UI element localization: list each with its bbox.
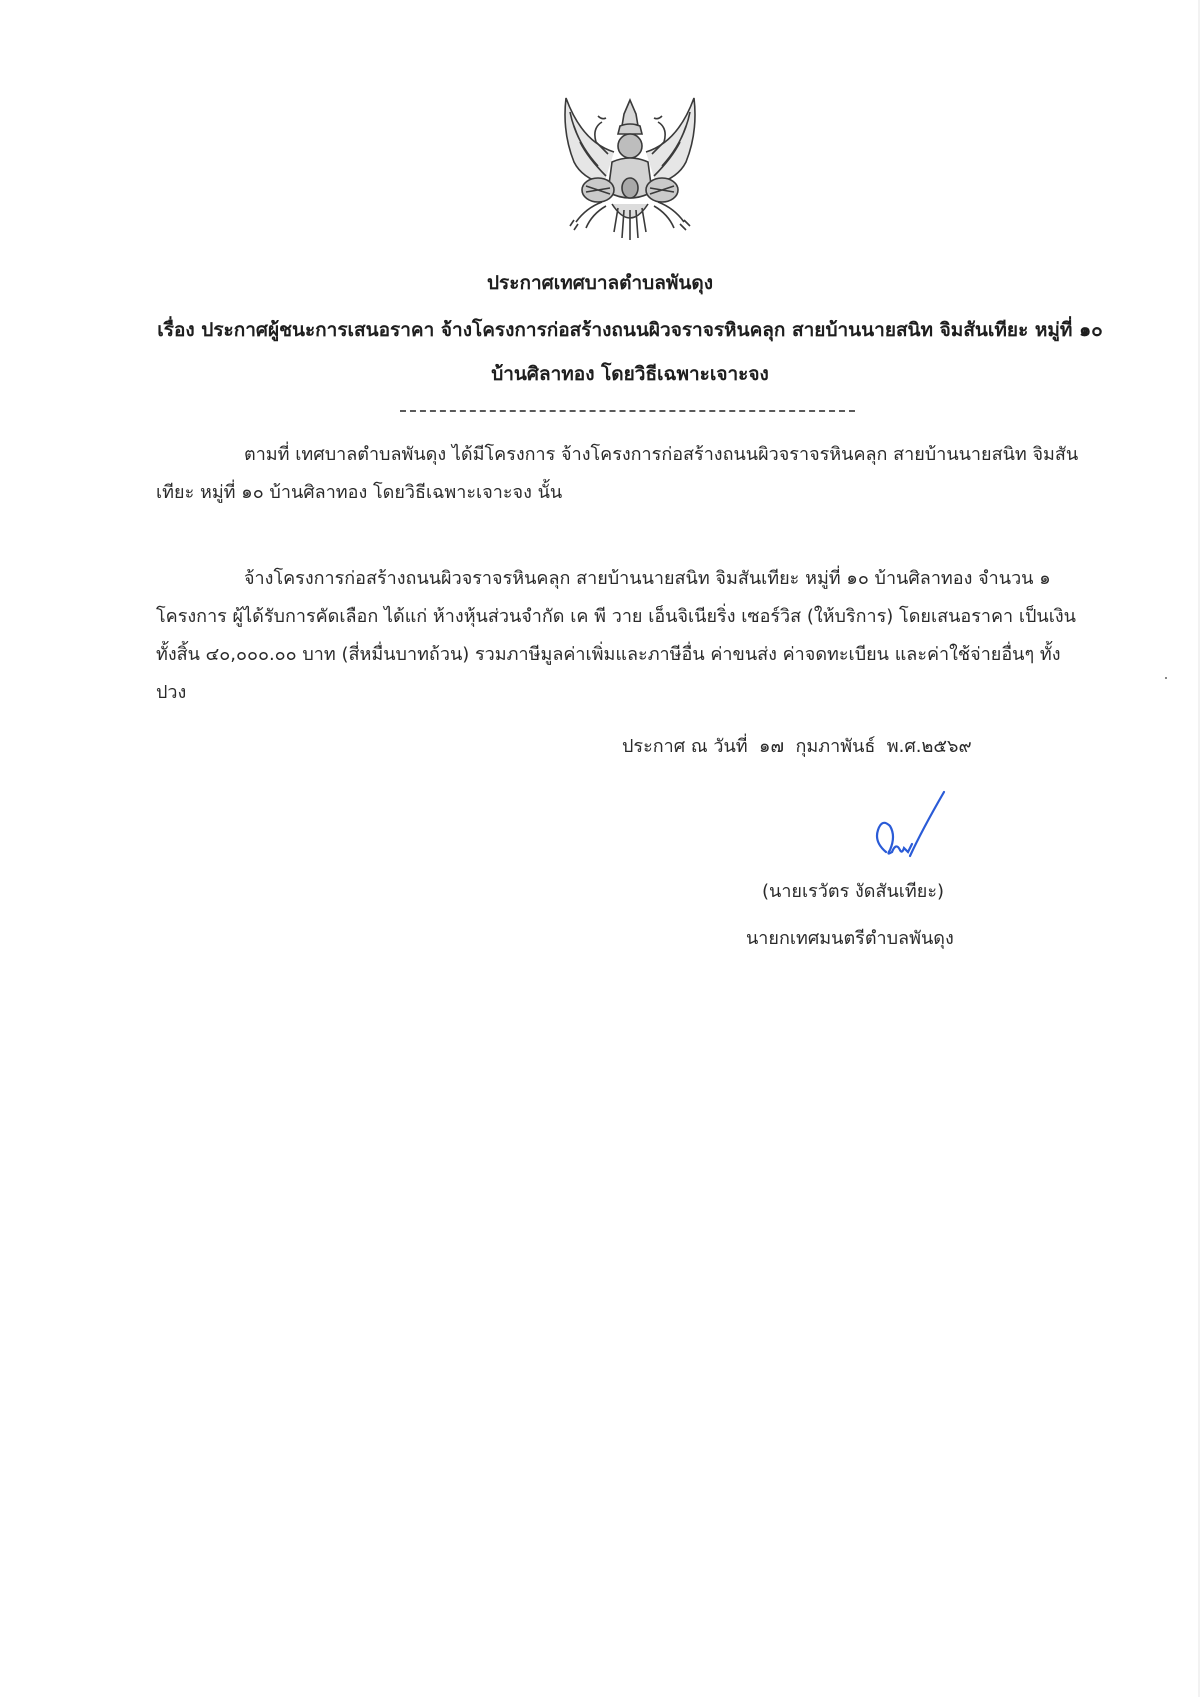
dashed-divider (400, 410, 855, 412)
announcement-subject: เรื่อง ประกาศผู้ชนะการเสนอราคา จ้างโครงก… (155, 308, 1105, 396)
announcement-title: ประกาศเทศบาลตำบลพันดุง (0, 268, 1200, 298)
scan-speck (1165, 677, 1167, 679)
paragraph-award: จ้างโครงการก่อสร้างถนนผิวจราจรหินคลุก สา… (156, 560, 1086, 712)
garuda-emblem-icon (552, 92, 708, 248)
signature-icon (870, 790, 950, 860)
announcement-date: ประกาศ ณ วันที่ ๑๗ กุมภาพันธ์ พ.ศ.๒๕๖๙ (622, 731, 972, 760)
signer-title: นายกเทศมนตรีตำบลพันดุง (746, 923, 954, 952)
paragraph-award-text: จ้างโครงการก่อสร้างถนนผิวจราจรหินคลุก สา… (156, 568, 1076, 703)
paragraph-intro-text: ตามที่ เทศบาลตำบลพันดุง ได้มีโครงการ จ้า… (156, 444, 1078, 503)
document-page: ประกาศเทศบาลตำบลพันดุง เรื่อง ประกาศผู้ช… (0, 0, 1200, 1697)
signer-name: (นายเรวัตร งัดสันเทียะ) (762, 876, 944, 905)
paragraph-intro: ตามที่ เทศบาลตำบลพันดุง ได้มีโครงการ จ้า… (156, 436, 1086, 512)
